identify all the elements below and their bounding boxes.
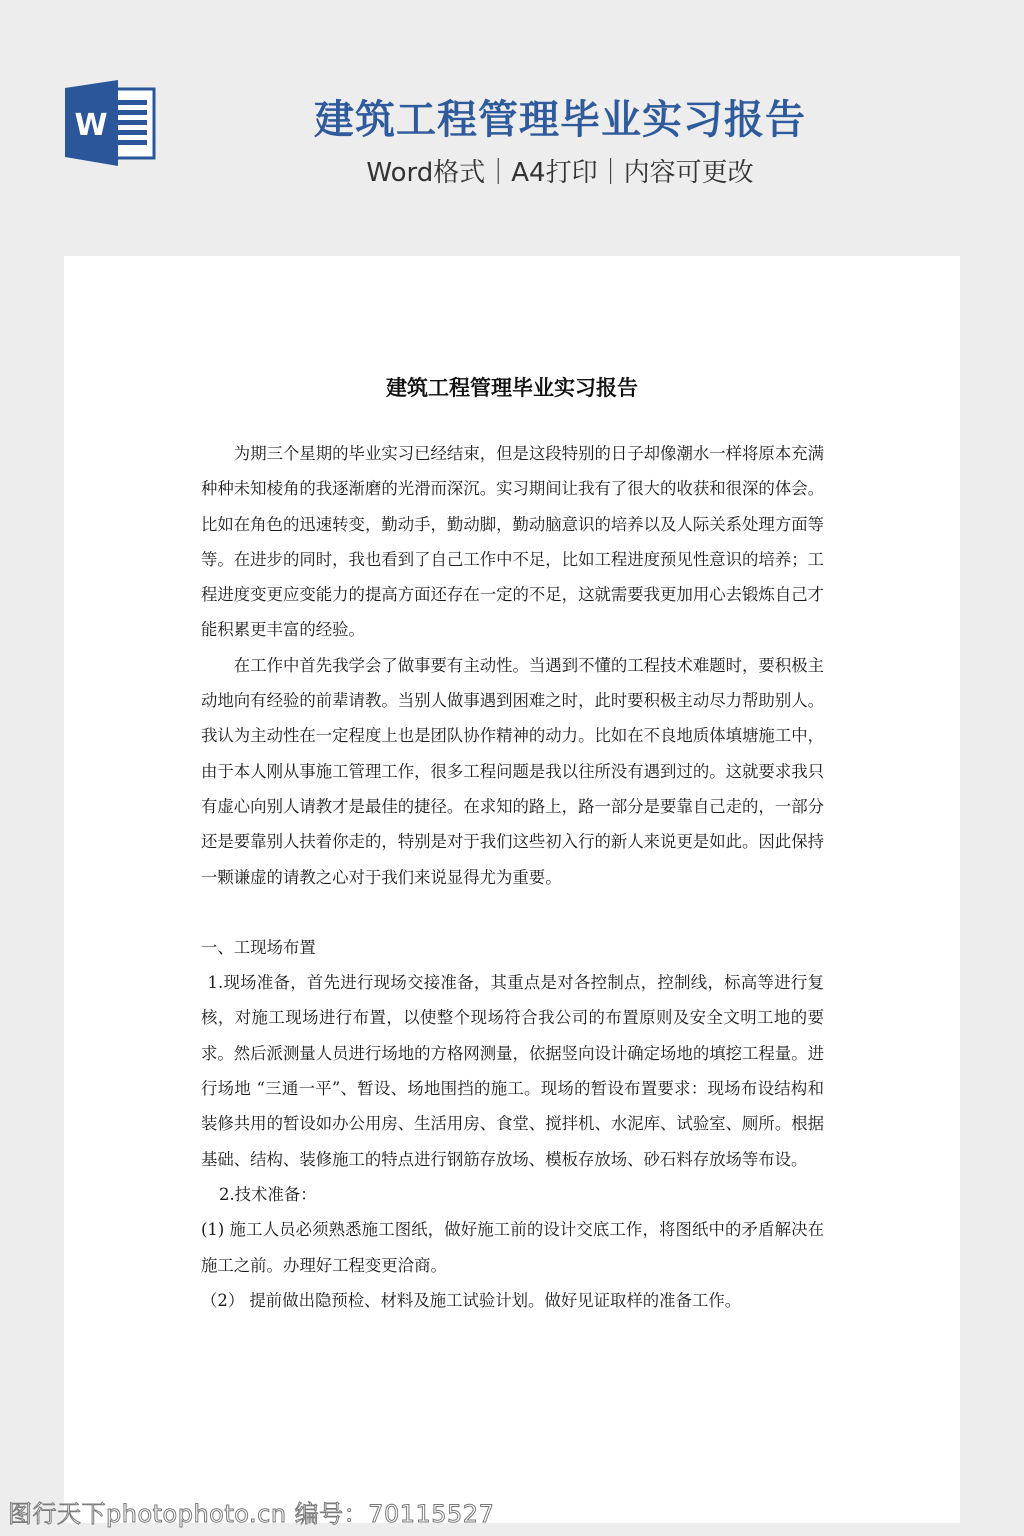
list-item: 2.技术准备： xyxy=(201,1177,824,1212)
spacer xyxy=(201,895,824,930)
list-item: 1.现场准备，首先进行现场交接准备，其重点是对各控制点，控制线，标高等进行复核，… xyxy=(201,965,824,1177)
header-title: 建筑工程管理毕业实习报告 xyxy=(300,88,820,145)
paragraph: 在工作中首先我学会了做事要有主动性。当遇到不懂的工程技术难题时，要积极主动地向有… xyxy=(201,648,824,895)
section-heading: 一、工现场布置 xyxy=(201,930,824,965)
header-subtitle: Word格式｜A4打印｜内容可更改 xyxy=(300,152,820,189)
watermark: 图行天下photophoto.cn 编号：70115527 xyxy=(8,1494,494,1529)
svg-text:W: W xyxy=(74,108,107,143)
sub-item: (1) 施工人员必须熟悉施工图纸，做好施工前的设计交底工作，将图纸中的矛盾解决在… xyxy=(201,1212,824,1283)
word-doc-icon: W xyxy=(64,80,156,166)
sub-item: （2） 提前做出隐预检、材料及施工试验计划。做好见证取样的准备工作。 xyxy=(201,1283,824,1318)
document-body: 为期三个星期的毕业实习已经结束，但是这段特别的日子却像潮水一样将原本充满种种未知… xyxy=(201,436,824,1318)
paragraph: 为期三个星期的毕业实习已经结束，但是这段特别的日子却像潮水一样将原本充满种种未知… xyxy=(201,436,824,648)
document-title: 建筑工程管理毕业实习报告 xyxy=(64,372,960,402)
document-page: 建筑工程管理毕业实习报告 为期三个星期的毕业实习已经结束，但是这段特别的日子却像… xyxy=(64,256,960,1523)
